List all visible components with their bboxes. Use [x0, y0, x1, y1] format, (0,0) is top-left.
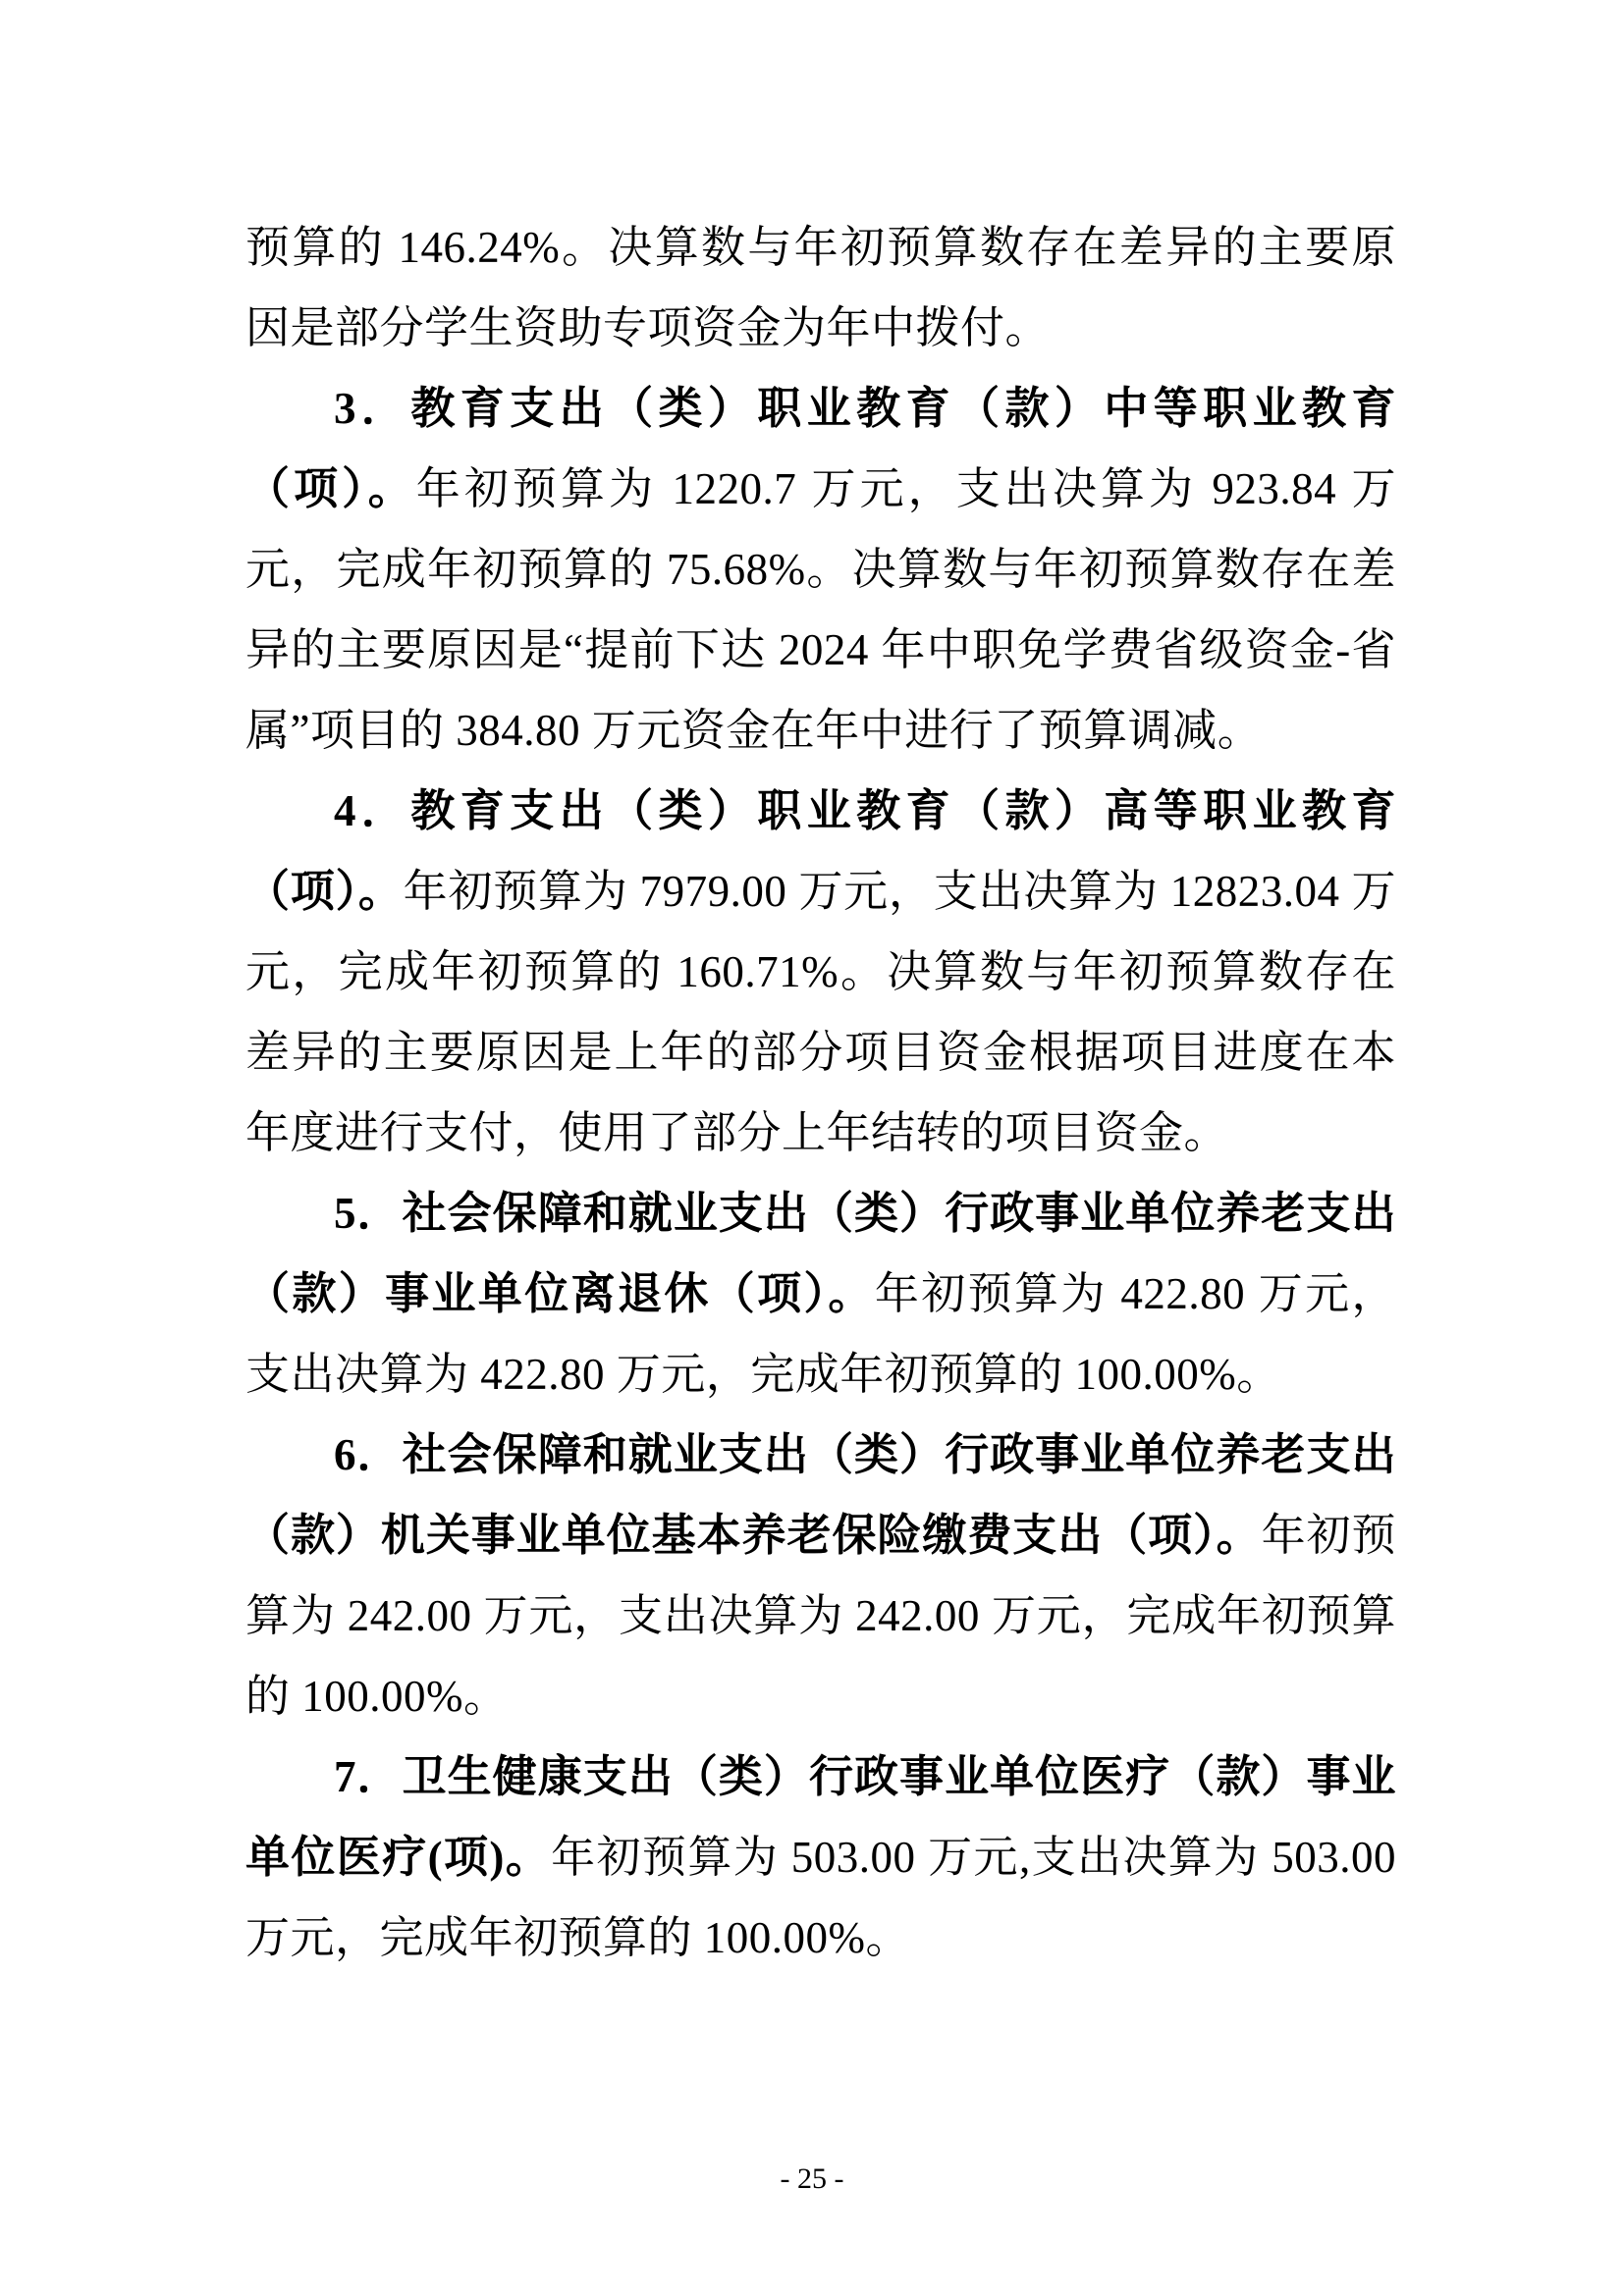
page-number: - 25 -: [781, 2163, 844, 2195]
paragraph-heading: 6．社会保障和就业支出（类）行政事业单位养老支出（款）机关事业单位基本养老保险缴…: [245, 1430, 1396, 1560]
document-page: 预算的 146.24%。决算数与年初预算数存在差异的主要原因是部分学生资助专项资…: [0, 0, 1624, 2296]
paragraph-text: 年初预算为 1220.7 万元，支出决算为 923.84 万元，完成年初预算的 …: [245, 464, 1396, 755]
page-footer: - 25 -: [0, 2160, 1624, 2199]
paragraph-text: 年初预算为 7979.00 万元，支出决算为 12823.04 万元，完成年初预…: [245, 867, 1396, 1157]
paragraph-item-5: 5．社会保障和就业支出（类）行政事业单位养老支出（款）事业单位离退休（项）。年初…: [245, 1173, 1396, 1415]
paragraph-item-7: 7．卫生健康支出（类）行政事业单位医疗（款）事业单位医疗(项)。年初预算为 50…: [245, 1736, 1396, 1978]
paragraph-continuation: 预算的 146.24%。决算数与年初预算数存在差异的主要原因是部分学生资助专项资…: [245, 207, 1396, 368]
paragraph-item-6: 6．社会保障和就业支出（类）行政事业单位养老支出（款）机关事业单位基本养老保险缴…: [245, 1415, 1396, 1736]
document-body: 预算的 146.24%。决算数与年初预算数存在差异的主要原因是部分学生资助专项资…: [245, 207, 1396, 1978]
paragraph-text: 预算的 146.24%。决算数与年初预算数存在差异的主要原因是部分学生资助专项资…: [245, 223, 1396, 352]
paragraph-item-3: 3．教育支出（类）职业教育（款）中等职业教育（项）。年初预算为 1220.7 万…: [245, 368, 1396, 771]
paragraph-item-4: 4．教育支出（类）职业教育（款）高等职业教育（项）。年初预算为 7979.00 …: [245, 771, 1396, 1173]
